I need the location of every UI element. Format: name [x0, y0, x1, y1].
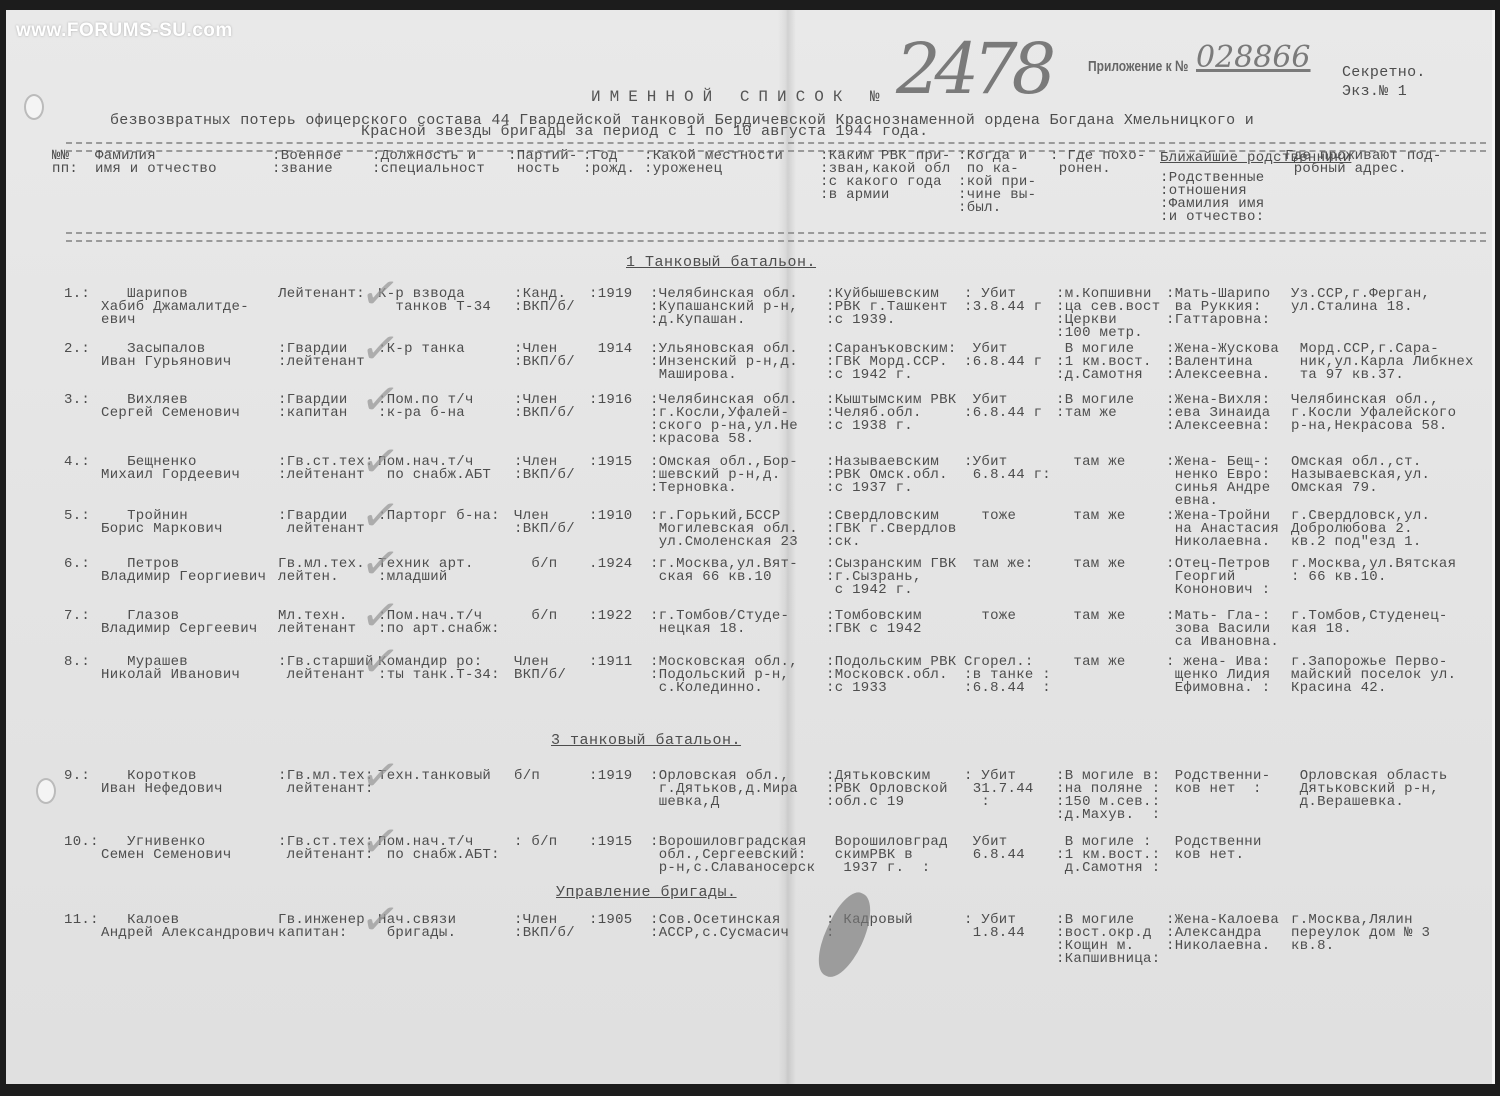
cell-birthplace: :г.Москва,ул.Вят- ская 66 кв.10 — [650, 558, 798, 584]
cell-drafted: :Куйбышевским :РВК г.Ташкент :с 1939. — [826, 288, 948, 327]
appendix-number: 028866 — [1196, 40, 1311, 75]
cell-party: :Член :ВКП/б/ — [514, 394, 575, 420]
secret-label: Секретно. — [1342, 66, 1426, 79]
cell-name: Калоев Андрей Александрович — [101, 914, 275, 940]
copy-number: Экз.№ 1 — [1342, 85, 1407, 98]
cell-name: Угнивенко Семен Семенович — [101, 836, 232, 862]
cell-address: Челябинская обл., г.Косли Уфалейского р-… — [1291, 394, 1456, 433]
cell-address: г.Свердловск,ул. Добролюбова 2. кв.2 под… — [1291, 510, 1430, 549]
checkmark-icon: ✓ — [357, 746, 403, 805]
cell-relation: Родственни ков нет. — [1166, 836, 1262, 862]
cell-drafted: :Томбовским :ГВК с 1942 — [826, 610, 922, 636]
header-divider-bottom — [66, 232, 1486, 242]
cell-num: 1.: — [64, 288, 90, 301]
cell-relation: :Жена-Жускова :Валентина :Алексеевна. — [1166, 343, 1279, 382]
column-header-rank: :Военное :звание — [272, 150, 342, 176]
cell-year: .1924 — [589, 558, 633, 571]
checkmark-icon: ✓ — [357, 812, 403, 871]
column-header-position: :Должность и :специальност — [372, 150, 485, 176]
cell-rank: Гв.мл.тех. лейтен. — [278, 558, 365, 584]
cell-drafted: Ворошиловград скимРВК в 1937 г. : — [826, 836, 948, 875]
cell-when-why: тоже — [964, 510, 1016, 523]
section-title: Управление бригады. — [556, 884, 737, 901]
cell-party: :Канд. :ВКП/б/ — [514, 288, 575, 314]
cell-num: 9.: — [64, 770, 90, 783]
cell-year: :1915 — [589, 456, 633, 469]
cell-party: б/п — [514, 558, 558, 571]
cell-party: :Член :ВКП/б/ — [514, 456, 575, 482]
cell-address: г.Томбов,Студенец- кая 18. — [1291, 610, 1448, 636]
cell-drafted: :Сызранским ГВК :г.Сызрань, с 1942 г. — [826, 558, 957, 597]
cell-buried: В могиле :1 км.вост. :д.Самотня — [1056, 343, 1152, 382]
cell-rank: :Гвардии лейтенант — [278, 510, 365, 536]
handwritten-list-number: 2478 — [896, 28, 1050, 110]
cell-relation: : жена- Ива: щенко Лидия Ефимовна. : — [1166, 656, 1270, 695]
cell-year: 1914 — [589, 343, 633, 356]
cell-year: :1919 — [589, 288, 633, 301]
cell-num: 4.: — [64, 456, 90, 469]
cell-buried: :В могиле :там же — [1056, 394, 1134, 420]
cell-birthplace: :Ульяновская обл. :Инзенский р-н,д. Маши… — [650, 343, 798, 382]
cell-when-why: тоже — [964, 610, 1016, 623]
cell-when-why: Убит :6.8.44 г — [964, 394, 1042, 420]
cell-address: Уз.ССР,г.Ферган, ул.Сталина 18. — [1291, 288, 1430, 314]
cell-relation: :Жена-Калоева :Александра :Николаевна. — [1166, 914, 1279, 953]
cell-drafted: :Свердловским :ГВК г.Свердлов :ск. — [826, 510, 957, 549]
cell-num: 5.: — [64, 510, 90, 523]
cell-drafted: :Подольским РВК :Московск.обл. :с 1933 — [826, 656, 957, 695]
section-title: 1 Танковый батальон. — [626, 254, 816, 271]
cell-party: б/п — [514, 770, 540, 783]
cell-num: 2.: — [64, 343, 90, 356]
cell-when-why: :Убит 6.8.44 г: — [964, 456, 1051, 482]
cell-name: Глазов Владимир Сергеевич — [101, 610, 258, 636]
cell-num: 10.: — [64, 836, 99, 849]
cell-name: Мурашев Николай Иванович — [101, 656, 240, 682]
cell-drafted: :Дятьковским :РВК Орловской :обл.с 19 — [826, 770, 948, 809]
cell-num: 8.: — [64, 656, 90, 669]
column-header-year: :Год :рожд. — [583, 150, 635, 176]
cell-birthplace: :г.Томбов/Студе- нецкая 18. — [650, 610, 789, 636]
cell-when-why: там же: — [964, 558, 1034, 571]
cell-rank: Мл.техн. лейтенант — [278, 610, 356, 636]
cell-buried: :В могиле :вост.окр.д :Кощин м. :Капшивн… — [1056, 914, 1160, 966]
checkmark-icon: ✓ — [357, 534, 403, 593]
checkmark-icon: ✓ — [357, 632, 403, 691]
cell-when-why: : Убит :3.8.44 г — [964, 288, 1042, 314]
cell-when-why: Сгорел.: :в танке : :6.8.44 : — [964, 656, 1051, 695]
cell-when-why: Убит 6.8.44 — [964, 836, 1025, 862]
cell-relation: :Мать-Шарипо ва Руккия: :Гаттаровна: — [1166, 288, 1270, 327]
cell-buried: там же — [1056, 610, 1126, 623]
cell-birthplace: :г.Горький,БССР Могилевская обл. ул.Смол… — [650, 510, 798, 549]
cell-relation: :Жена-Вихля: :ева Зинаида :Алексеевна: — [1166, 394, 1270, 433]
cell-party: : б/п — [514, 836, 558, 849]
cell-birthplace: :Челябинская обл. :Купашанский р-н, :д.К… — [650, 288, 798, 327]
column-header-birthplace: :Какой местности :уроженец — [644, 150, 783, 176]
cell-address: г.Москва,ул.Вятская : 66 кв.10. — [1291, 558, 1456, 584]
section-title: 3 танковый батальон. — [551, 732, 741, 749]
cell-buried: В могиле : :1 км.вост.: д.Самотня : — [1056, 836, 1160, 875]
cell-buried: там же — [1056, 558, 1126, 571]
cell-birthplace: :Омская обл.,Бор- :шевский р-н,д. :Терно… — [650, 456, 798, 495]
cell-year: :1905 — [589, 914, 633, 927]
cell-year: :1922 — [589, 610, 633, 623]
cell-buried: :В могиле в: :на поляне : :150 м.сев.: :… — [1056, 770, 1160, 822]
watermark: www.FORUMS-SU.com — [16, 20, 233, 42]
cell-relation: Родственни- ков нет : — [1166, 770, 1270, 796]
column-header-buried: : Где похо- ронен. — [1050, 150, 1146, 176]
document-title: ИМЕННОЙ СПИСОК № — [591, 88, 889, 106]
cell-rank: Лейтенант: — [278, 288, 365, 301]
cell-name: Коротков Иван Нефедович — [101, 770, 223, 796]
cell-num: 11.: — [64, 914, 99, 927]
cell-year: :1911 — [589, 656, 633, 669]
cell-relation: :Жена- Бещ-: ненко Евро: синья Андре евн… — [1166, 456, 1270, 508]
cell-name: Петров Владимир Георгиевич — [101, 558, 266, 584]
cell-buried: там же — [1056, 456, 1126, 469]
cell-name: Шарипов Хабиб Джамалитде- евич — [101, 288, 249, 327]
cell-rank: :Гвардии :лейтенант — [278, 343, 365, 369]
cell-num: 7.: — [64, 610, 90, 623]
appendix-label: Приложение к № — [1088, 58, 1188, 75]
cell-relation: :Жена-Тройни на Анастасия Николаевна. — [1166, 510, 1279, 549]
column-header-relation: :Родственные :отношения :Фамилия имя :и … — [1160, 172, 1264, 224]
column-header-drafted: :Каким РВК при- :зван,какой обл :с каког… — [820, 150, 951, 202]
column-header-name: Фамилия имя и отчество — [95, 150, 217, 176]
cell-party: Член :ВКП/б/ — [514, 510, 575, 536]
cell-num: 6.: — [64, 558, 90, 571]
cell-num: 3.: — [64, 394, 90, 407]
cell-birthplace: :Ворошиловградская обл.,Сергеевский: р-н… — [650, 836, 815, 875]
cell-birthplace: :Московская обл., :Подольский р-н, с.Кол… — [650, 656, 798, 695]
cell-buried: :м.Копшивни :ца сев.вост :Церкви :100 ме… — [1056, 288, 1160, 340]
column-header-party: :Партий- ность — [508, 150, 578, 176]
cell-name: Тройнин Борис Маркович — [101, 510, 223, 536]
checkmark-icon: ✓ — [357, 370, 403, 429]
cell-birthplace: :Челябинская обл. :г.Косли,Уфалей- :ског… — [650, 394, 798, 446]
document-page: www.FORUMS-SU.com 2478 Приложение к № 02… — [6, 10, 1495, 1084]
cell-buried: там же — [1056, 656, 1126, 669]
punch-hole — [36, 778, 56, 804]
cell-drafted: :Кыштымским РВК :Челяб.обл. :с 1938 г. — [826, 394, 957, 433]
cell-party: :Член :ВКП/б/ — [514, 343, 575, 369]
cell-relation: :Мать- Гла-: зова Васили са Ивановна. — [1166, 610, 1279, 649]
cell-address: г.Москва,Лялин переулок дом № 3 кв.8. — [1291, 914, 1430, 953]
cell-when-why: : Убит 31.7.44 : — [964, 770, 1034, 809]
document-subtitle-line2: Красной звезды бригады за период с 1 по … — [361, 125, 928, 138]
cell-year: :1915 — [589, 836, 633, 849]
cell-party: Член ВКП/б/ — [514, 656, 566, 682]
column-header-num: №№ пп: — [52, 150, 78, 176]
cell-address: Омская обл.,ст. Называевская,ул. Омская … — [1291, 456, 1430, 495]
cell-year: :1916 — [589, 394, 633, 407]
cell-address: г.Запорожье Перво- майский поселок ул. К… — [1291, 656, 1456, 695]
cell-drafted: :Саранъковским: :ГВК Морд.ССР. :с 1942 г… — [826, 343, 957, 382]
cell-party: :Член :ВКП/б/ — [514, 914, 575, 940]
cell-year: :1919 — [589, 770, 633, 783]
cell-name: Засыпалов Иван Гурьянович — [101, 343, 232, 369]
column-header-when-why: :Когда и по ка- :кой при- :чине вы- :был… — [958, 150, 1036, 215]
cell-relation: :Отец-Петров Георгий Кононович : — [1166, 558, 1270, 597]
checkmark-icon: ✓ — [357, 890, 403, 949]
cell-rank: :Гвардии :капитан — [278, 394, 348, 420]
checkmark-icon: ✓ — [357, 264, 403, 323]
cell-when-why: : Убит 1.8.44 — [964, 914, 1025, 940]
cell-name: Вихляев Сергей Семенович — [101, 394, 240, 420]
cell-birthplace: :Орловская обл., г.Дятьков,д.Мира шевка,… — [650, 770, 798, 809]
column-header-address: Где проживают под- робный адрес. — [1285, 150, 1442, 176]
cell-year: :1910 — [589, 510, 633, 523]
cell-when-why: Убит :6.8.44 г — [964, 343, 1042, 369]
cell-party: б/п — [514, 610, 558, 623]
cell-address: Орловская область Дятьковский р-н, д.Вер… — [1291, 770, 1448, 809]
cell-buried: там же — [1056, 510, 1126, 523]
cell-birthplace: :Сов.Осетинская :АССР,с.Сусмасич — [650, 914, 789, 940]
cell-address: Морд.ССР,г.Сара- ник,ул.Карла Либкнех та… — [1291, 343, 1474, 382]
checkmark-icon: ✓ — [357, 432, 403, 491]
cell-rank: Гв.инженер капитан: — [278, 914, 365, 940]
cell-drafted: :Называевским :РВК Омск.обл. :с 1937 г. — [826, 456, 948, 495]
punch-hole — [24, 94, 44, 120]
cell-name: Бещненко Михаил Гордеевич — [101, 456, 240, 482]
